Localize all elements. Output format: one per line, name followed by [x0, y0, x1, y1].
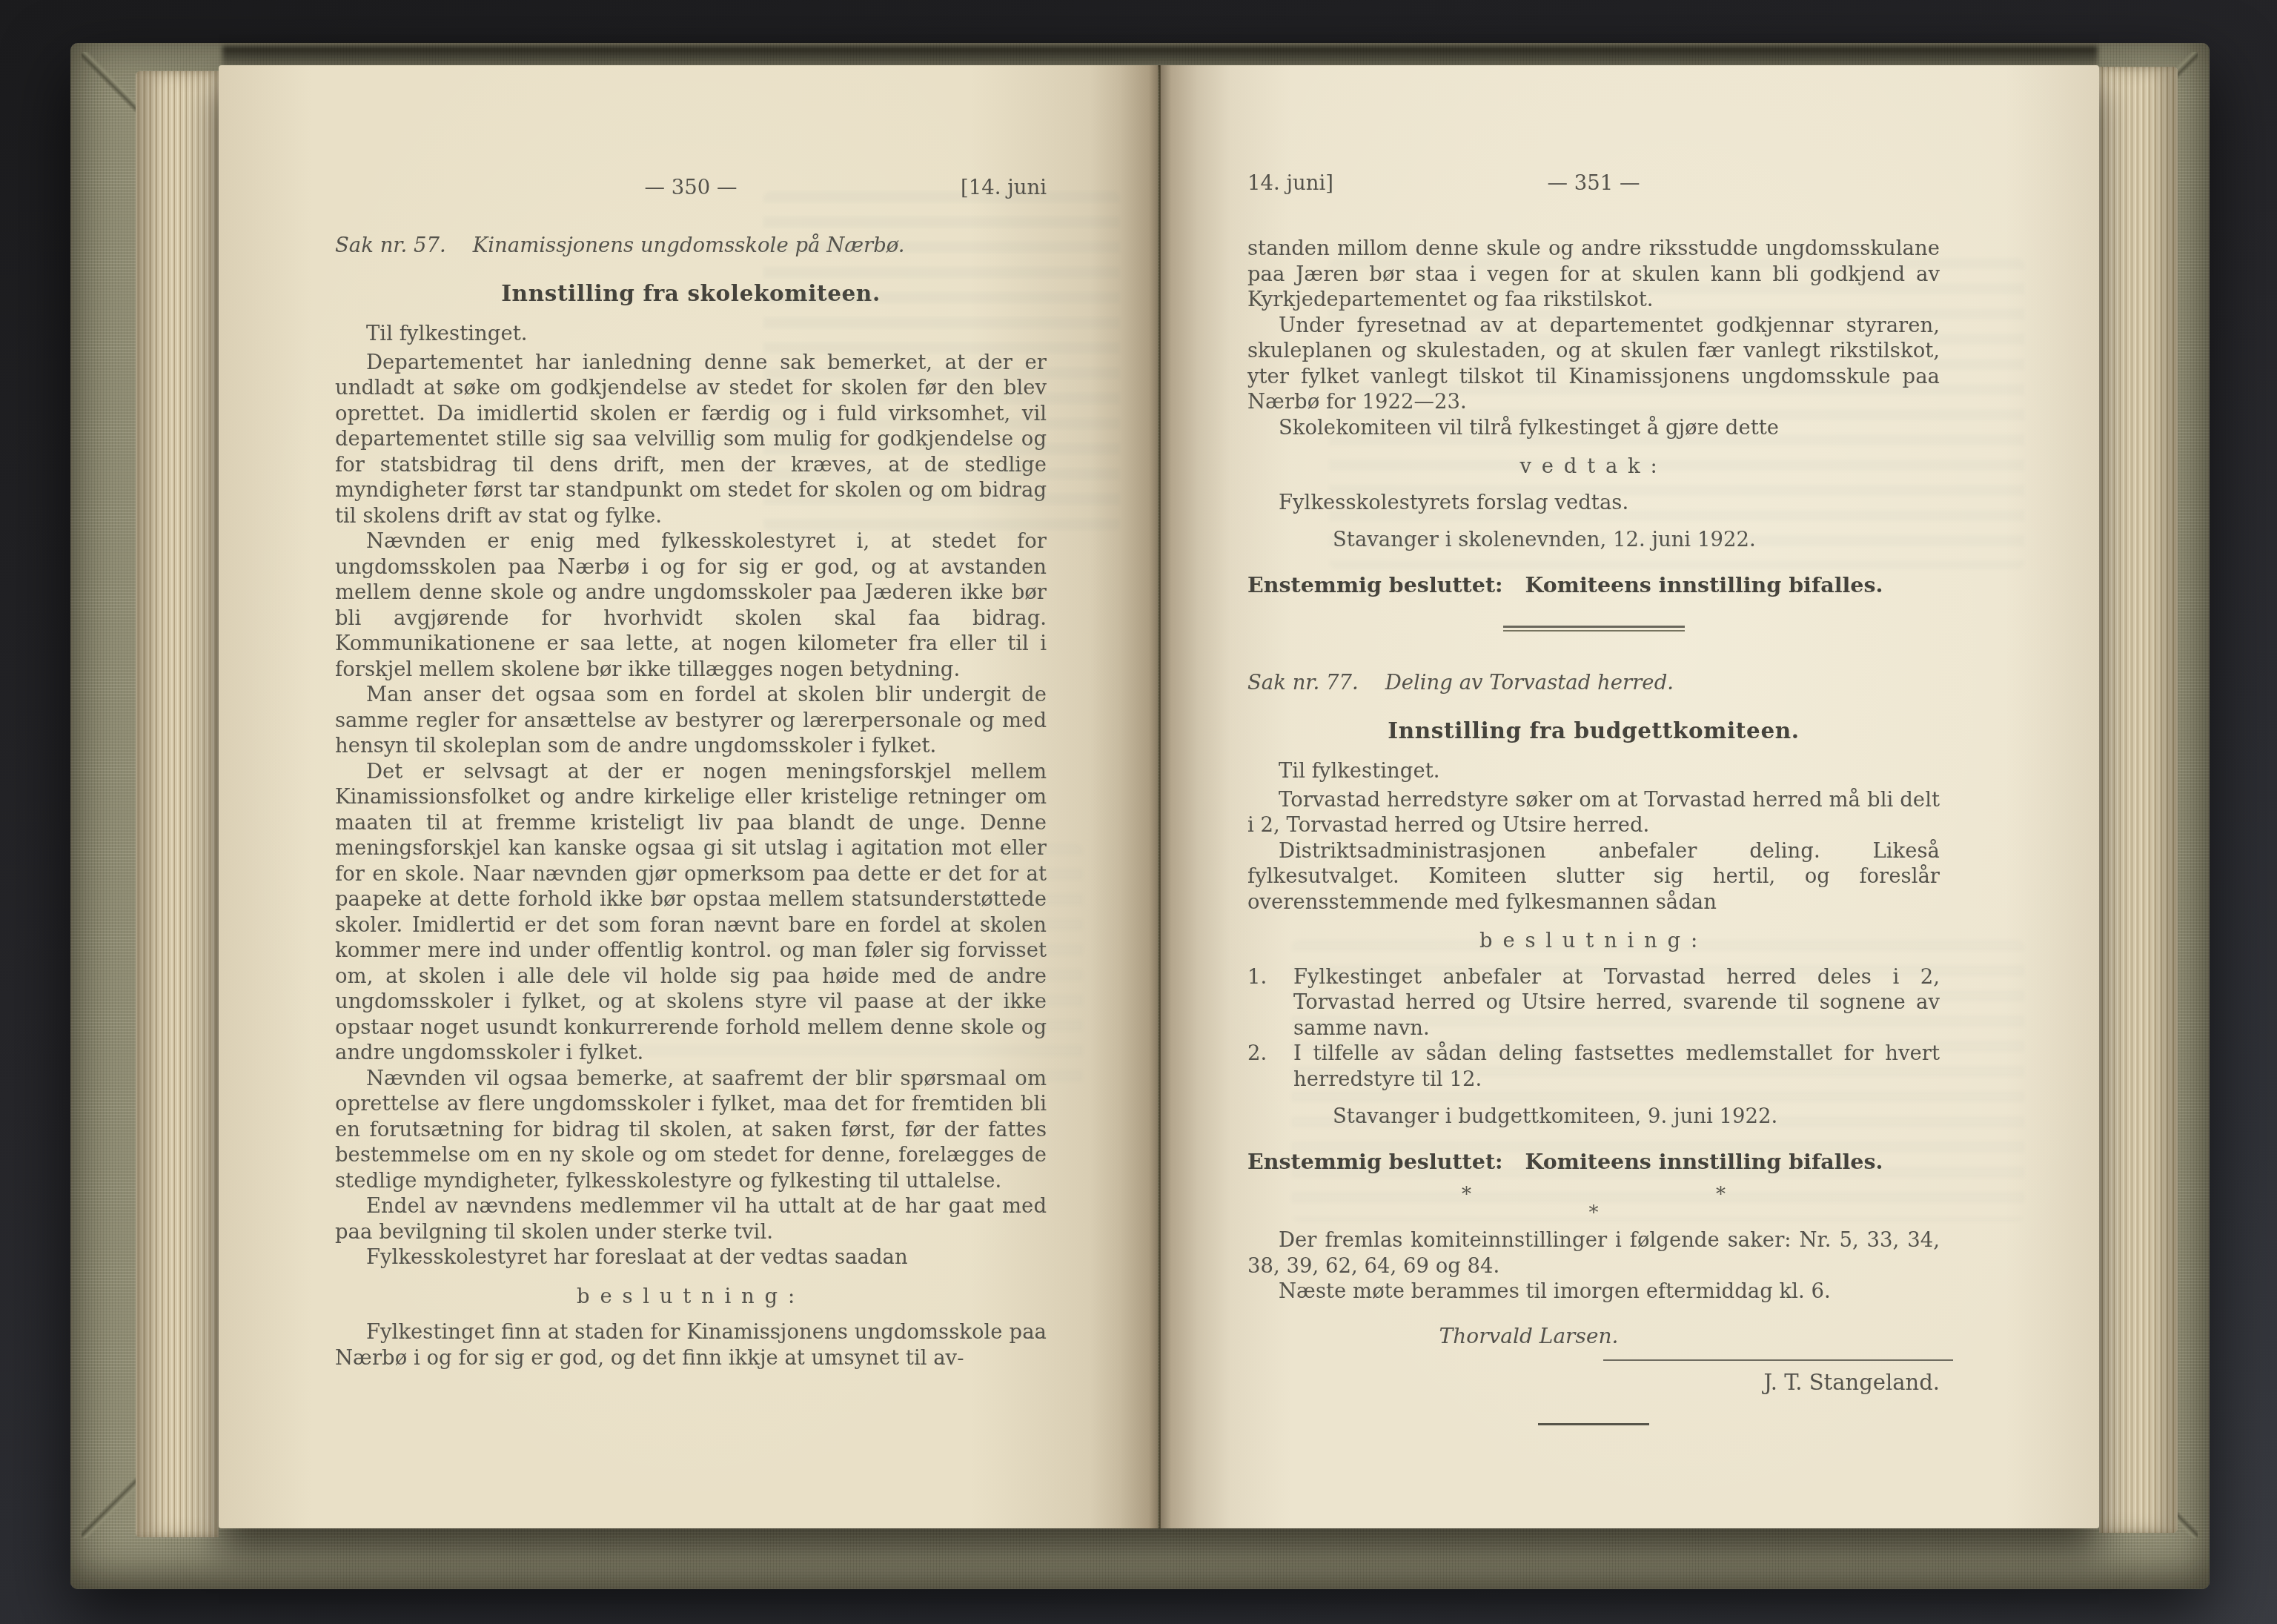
resolution-line: Enstemmig besluttet:Komiteens innstillin… — [1247, 572, 1940, 598]
signature-secretary-block: J. T. Stangeland. — [1247, 1359, 1940, 1396]
paragraph: Det er selvsagt at der er nogen meningsf… — [335, 759, 1047, 1066]
committee-heading: Innstilling fra skolekomiteen. — [335, 281, 1047, 307]
continuation-paragraph: standen millom denne skule og andre riks… — [1247, 236, 1940, 313]
resolution-text: Komiteens innstilling bifalles. — [1525, 1149, 1883, 1174]
paragraph: Nævnden vil ogsaa bemerke, at saafremt d… — [335, 1066, 1047, 1194]
open-pages: — 350 — [14. juni Sak nr. 57.Kinamissjon… — [219, 65, 2099, 1528]
list-item: 2. I tilfelle av sådan deling fastsettes… — [1247, 1041, 1940, 1092]
list-number: 1. — [1247, 964, 1293, 1041]
asterisk: * — [1716, 1184, 1726, 1206]
resolution-prefix: Enstemmig besluttet: — [1247, 1149, 1503, 1174]
resolution-line: Enstemmig besluttet:Komiteens innstillin… — [1247, 1149, 1940, 1175]
signature-secretary: J. T. Stangeland. — [1763, 1370, 1940, 1395]
paragraph: Departementet har ianledning denne sak b… — [335, 350, 1047, 529]
paragraph: Fylkesskolestyret har foreslaat at der v… — [335, 1244, 1047, 1270]
vedtak-label: vedtak: — [1247, 454, 1940, 480]
case-title: Deling av Torvastad herred. — [1385, 671, 1674, 695]
header-spacer — [1247, 197, 1940, 236]
resolution-text: Komiteens innstilling bifalles. — [1525, 572, 1883, 597]
case-title-line: Sak nr. 57.Kinamissjonens ungdomsskole p… — [335, 233, 1047, 259]
paragraph: Under fyresetnad av at departementet god… — [1247, 313, 1940, 415]
page-number: — 351 — — [1247, 170, 1940, 196]
case-label: Sak nr. 77. — [1247, 671, 1359, 695]
salutation: Til fylkestinget. — [335, 321, 1047, 347]
dateline: Stavanger i budgettkomiteen, 9. juni 192… — [1247, 1104, 1940, 1130]
case-title-line: Sak nr. 77.Deling av Torvastad herred. — [1247, 670, 1940, 696]
asterisk: * — [1589, 1202, 1599, 1224]
list-text: I tilfelle av sådan deling fastsettes me… — [1293, 1041, 1940, 1092]
book-photo: — 350 — [14. juni Sak nr. 57.Kinamissjon… — [0, 0, 2277, 1624]
signature-rule — [1603, 1359, 1953, 1361]
section-divider — [1503, 626, 1685, 632]
case-label: Sak nr. 57. — [335, 233, 446, 257]
vedtak-text: Fylkesskolestyrets forslag vedtas. — [1247, 490, 1940, 516]
list-number: 2. — [1247, 1041, 1293, 1092]
right-page: 14. juni] — 351 — standen millom denne s… — [1160, 65, 2099, 1528]
asterisk-separator: ** * — [1247, 1186, 1940, 1223]
left-page: — 350 — [14. juni Sak nr. 57.Kinamissjon… — [219, 65, 1158, 1528]
end-divider — [1538, 1423, 1649, 1425]
signature-chairman: Thorvald Larsen. — [1247, 1324, 1940, 1350]
paragraph: Der fremlas komiteinnstillinger i følgen… — [1247, 1227, 1940, 1279]
list-text: Fylkestinget anbefaler at Torvastad herr… — [1293, 964, 1940, 1041]
page-header: — 350 — [14. juni — [335, 175, 1047, 202]
paragraph: Distriktsadministrasjonen anbefaler deli… — [1247, 838, 1940, 915]
paragraph: Skolekomiteen vil tilrå fylkestinget å g… — [1247, 415, 1940, 441]
committee-heading: Innstilling fra budgettkomiteen. — [1247, 718, 1940, 744]
decision-label: beslutning: — [335, 1284, 1047, 1310]
paragraph: Næste møte berammes til imorgen eftermid… — [1247, 1279, 1940, 1305]
asterisk: * — [1462, 1184, 1471, 1206]
decision-label: beslutning: — [1247, 928, 1940, 954]
resolution-prefix: Enstemmig besluttet: — [1247, 572, 1503, 597]
paragraph: Man anser det ogsaa som en fordel at sko… — [335, 682, 1047, 759]
paragraph: Torvastad herredstyre søker om at Torvas… — [1247, 787, 1940, 838]
paragraph: Nævnden er enig med fylkesskolestyret i,… — [335, 528, 1047, 682]
paragraph: Endel av nævndens medlemmer vil ha uttal… — [335, 1193, 1047, 1244]
decision-paragraph: Fylkestinget finn at staden for Kinamiss… — [335, 1319, 1047, 1371]
header-date: [14. juni — [961, 175, 1047, 201]
salutation: Til fylkestinget. — [1247, 758, 1940, 784]
case-title: Kinamissjonens ungdomsskole på Nærbø. — [473, 233, 905, 257]
page-number: — 350 — — [335, 175, 1047, 201]
list-item: 1. Fylkestinget anbefaler at Torvastad h… — [1247, 964, 1940, 1041]
dateline: Stavanger i skolenevnden, 12. juni 1922. — [1247, 527, 1940, 553]
page-header: 14. juni] — 351 — — [1247, 170, 1940, 197]
